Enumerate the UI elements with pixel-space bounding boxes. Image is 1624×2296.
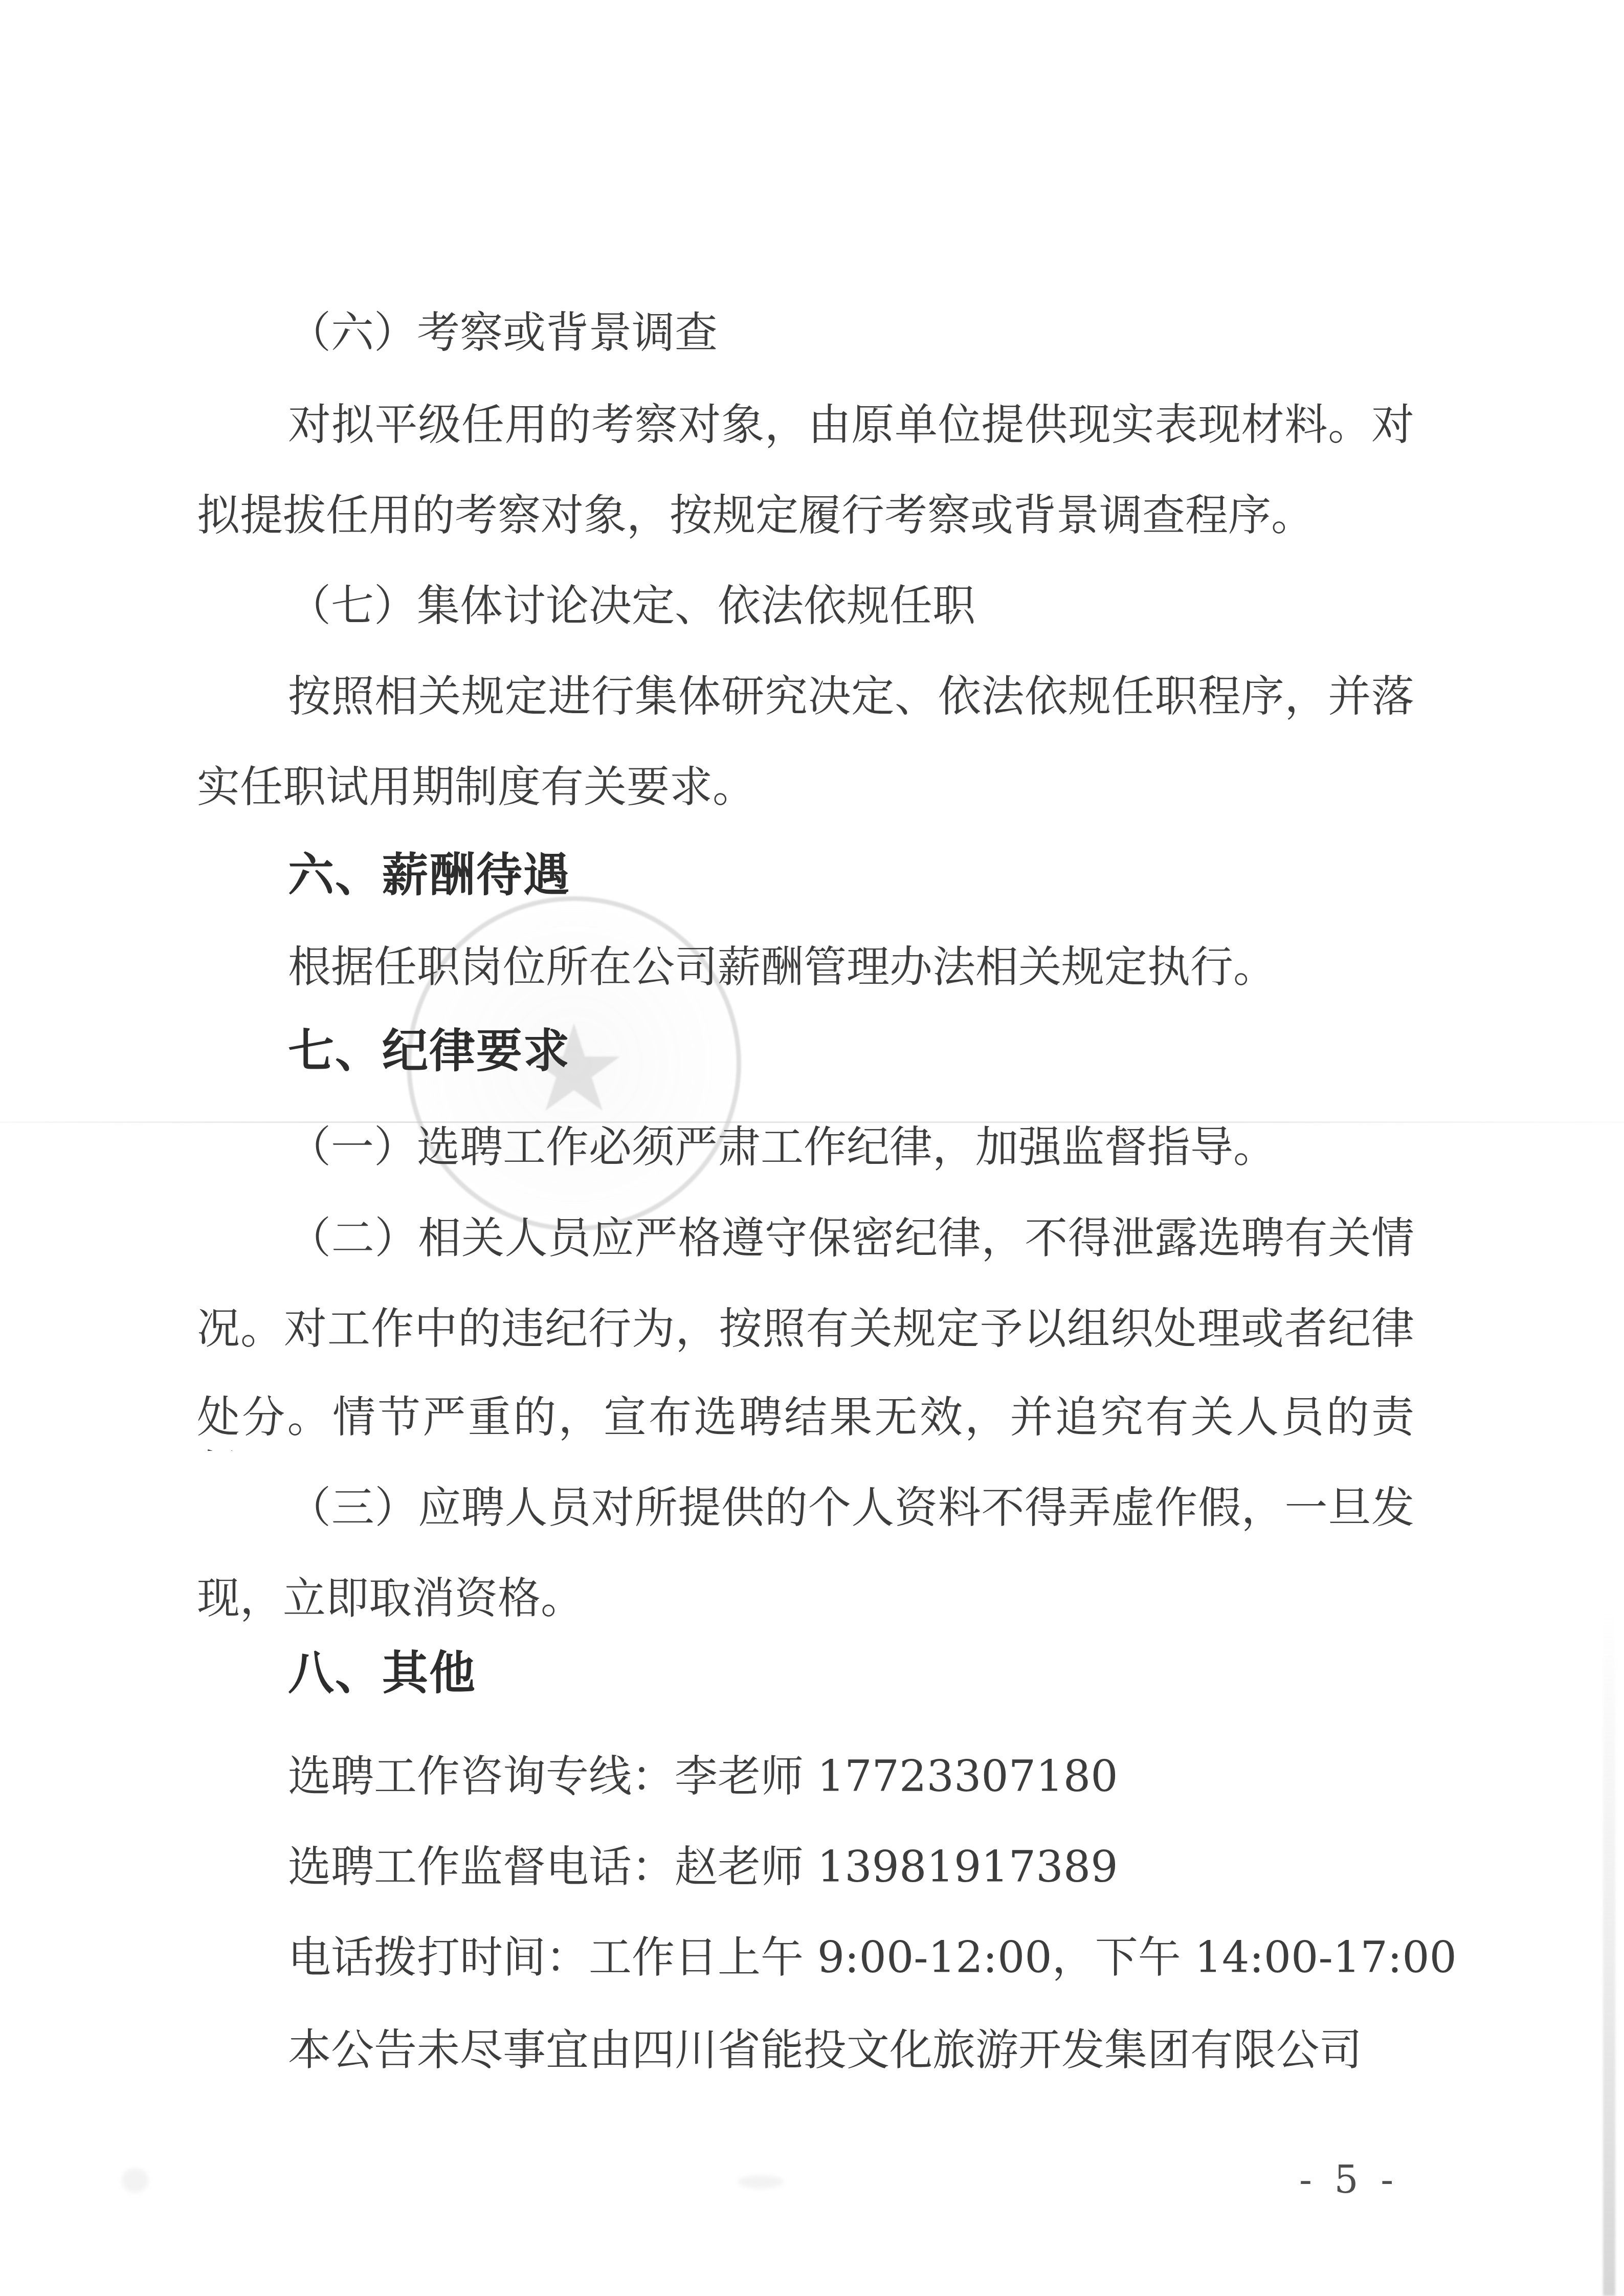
page-number: - 5 - bbox=[1299, 2158, 1398, 2202]
paragraph-line: 现，立即取消资格。 bbox=[197, 1572, 1414, 1625]
section-heading-discipline: 七、纪律要求 bbox=[197, 1023, 1414, 1080]
paragraph-line: 按照相关规定进行集体研究决定、依法依规任职程序，并落 bbox=[197, 670, 1414, 730]
paragraph-line: 对拟平级任用的考察对象，由原单位提供现实表现材料。对 bbox=[197, 398, 1414, 458]
paragraph-line: 实任职试用期制度有关要求。 bbox=[197, 760, 1414, 814]
paragraph-line: 拟提拔任用的考察对象，按规定履行考察或背景调查程序。 bbox=[197, 489, 1414, 542]
scan-smudge-artifact bbox=[738, 2175, 784, 2189]
scanned-document-page: ★ （六）考察或背景调查 对拟平级任用的考察对象，由原单位提供现实表现材料。对 … bbox=[0, 0, 1624, 2296]
scan-edge-shadow-artifact bbox=[1603, 1611, 1615, 2296]
contact-line-calling-hours: 电话拨打时间：工作日上午 9:00-12:00，下午 14:00-17:00 bbox=[197, 1931, 1414, 1984]
paragraph-line: 根据任职岗位所在公司薪酬管理办法相关规定执行。 bbox=[197, 940, 1414, 994]
contact-line-consult-hotline: 选聘工作咨询专线：李老师 17723307180 bbox=[197, 1750, 1414, 1803]
closing-line-company: 本公告未尽事宜由四川省能投文化旅游开发集团有限公司 bbox=[197, 2023, 1414, 2077]
scan-smudge-artifact bbox=[122, 2168, 148, 2193]
paragraph-line: 况。对工作中的违纪行为，按照有关规定予以组织处理或者纪律 bbox=[197, 1302, 1414, 1362]
paragraph-line: （一）选聘工作必须严肃工作纪律，加强监督指导。 bbox=[197, 1120, 1414, 1174]
subsection-heading-appointment: （七）集体讨论决定、依法依规任职 bbox=[197, 579, 1414, 633]
paragraph-line: （二）相关人员应严格遵守保密纪律，不得泄露选聘有关情 bbox=[197, 1211, 1414, 1272]
subsection-heading-inspection: （六）考察或背景调查 bbox=[197, 306, 1414, 360]
section-heading-compensation: 六、薪酬待遇 bbox=[197, 847, 1414, 904]
contact-line-supervision-phone: 选聘工作监督电话：赵老师 13981917389 bbox=[197, 1840, 1414, 1894]
paragraph-line: 处分。情节严重的，宣布选聘结果无效，并追究有关人员的责任。 bbox=[197, 1390, 1414, 1451]
paragraph-line: （三）应聘人员对所提供的个人资料不得弄虚作假，一旦发 bbox=[197, 1481, 1414, 1541]
section-heading-other: 八、其他 bbox=[197, 1645, 1414, 1703]
